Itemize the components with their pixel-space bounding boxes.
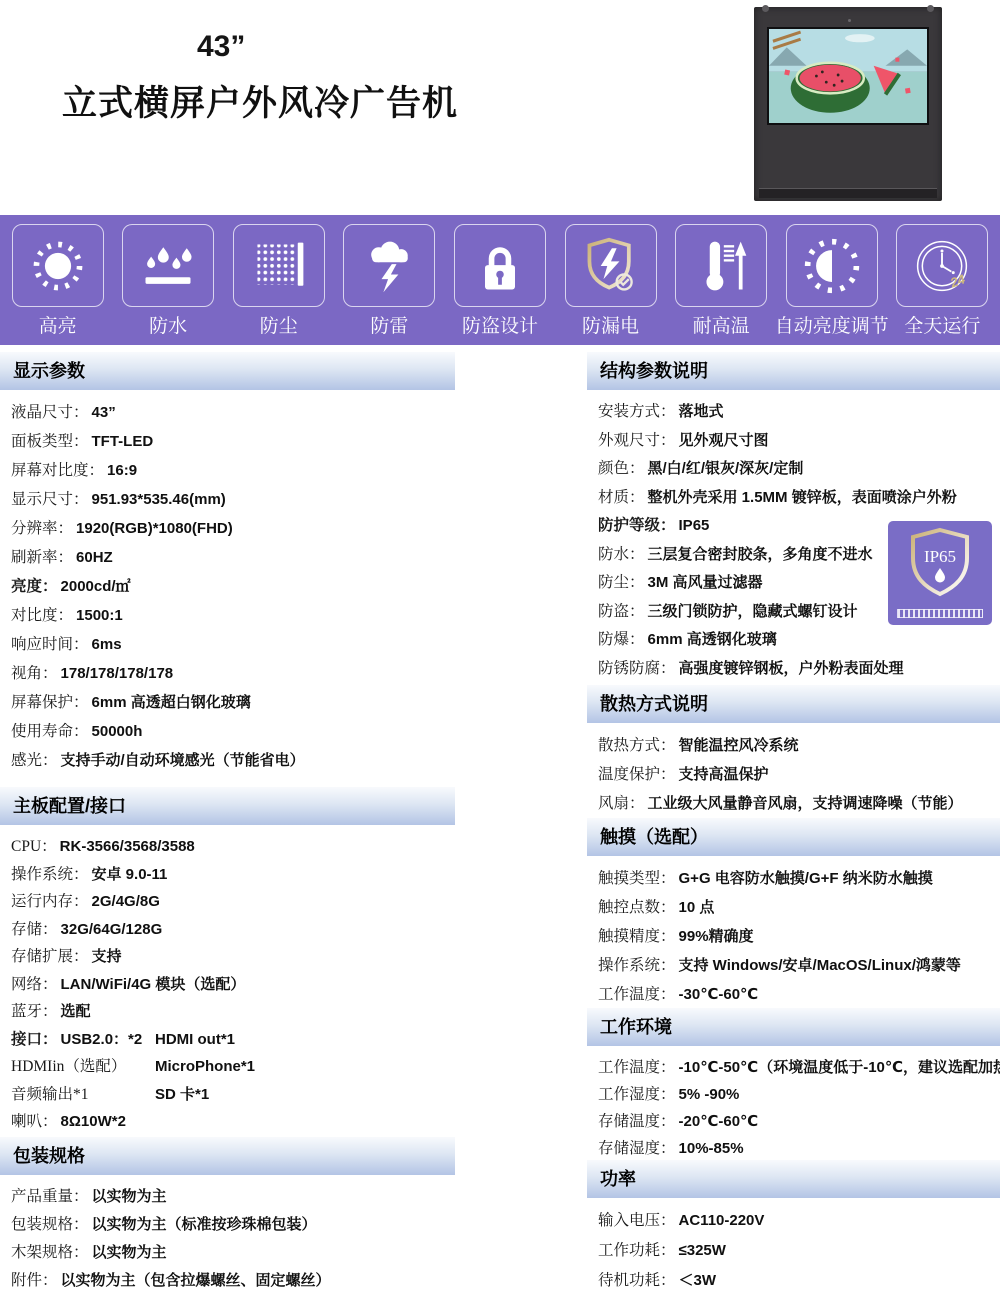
spec-row: 防护等级：IP65 [587,512,1000,541]
spec-label: 防护等级： [598,517,676,534]
spec-row: 刷新率：60HZ [0,543,455,572]
kiosk-base [759,188,937,198]
feature-anti-theft: 防盗设计 [447,224,553,338]
spec-label: 工作功耗： [598,1242,676,1259]
spec-label: 屏幕对比度： [11,462,104,479]
spec-value: G+G 电容防水触摸/G+F 纳米防水触摸 [679,870,933,887]
spec-row: 防爆：6mm 高透钢化玻璃 [587,626,1000,655]
spec-value: 智能温控风冷系统 [679,737,799,754]
section-right-4: 功率输入电压：AC110-220V工作功耗：≤325W待机功耗：＜3W [587,1160,1000,1295]
spec-row: 屏幕保护：6mm 高透超白钢化玻璃 [0,688,455,717]
spec-label: 屏幕保护： [11,694,89,711]
spec-label: 包装规格： [11,1216,89,1233]
spec-value: 工业级大风量静音风扇，支持调速降噪（节能） [648,795,963,812]
spec-label: 感光： [11,752,58,769]
feature-dustproof: 防尘 [226,224,332,338]
feature-label: 防漏电 [582,311,639,338]
spec-value: 6ms [92,636,122,653]
spec-row: 存储扩展：支持 [0,943,455,971]
section-left-1: 主板配置/接口CPU：RK-3566/3568/3588操作系统：安卓 9.0-… [0,787,455,1136]
feature-label: 全天运行 [904,311,980,338]
spec-label: 安装方式： [598,403,676,420]
spec-value: 支持手动/自动环境感光（节能省电） [61,752,305,769]
section-title: 功率 [587,1160,1000,1198]
spec-row: 工作湿度：5% -90% [587,1081,1000,1108]
spec-value: 支持高温保护 [679,766,769,783]
spec-row: 温度保护：支持高温保护 [587,760,1000,789]
feature-label: 防水 [149,311,187,338]
spec-value: 10 点 [679,899,715,916]
spec-row: 网络：LAN/WiFi/4G 模块（选配） [0,971,455,999]
spec-row: 显示尺寸：951.93*535.46(mm) [0,485,455,514]
spec-value: USB2.0：*2 [61,1031,143,1048]
spec-value: 选配 [61,1003,91,1020]
lock-icon [454,224,546,307]
spec-label: 存储： [11,921,58,938]
spec-value: 1500:1 [76,607,123,624]
spec-value: 以实物为主 [92,1188,167,1205]
spec-label: 刷新率： [11,549,73,566]
spec-row: 输入电压：AC110-220V [587,1206,1000,1236]
spec-row: 操作系统：支持 Windows/安卓/MacOS/Linux/鸿蒙等 [587,951,1000,980]
spec-row: 安装方式：落地式 [587,398,1000,427]
spec-label: 工作温度： [598,986,676,1003]
spec-label: 对比度： [11,607,73,624]
product-image [754,7,942,201]
spec-row: 木架规格：以实物为主 [0,1239,455,1267]
spec-row: 触控点数：10 点 [587,893,1000,922]
spec-row: 视角：178/178/178/178 [0,659,455,688]
shield-lightning-icon [565,224,657,307]
spec-value: 整机外壳采用 1.5MM 镀锌板，表面喷涂户外粉 [648,489,957,506]
spec-value: 8Ω10W*2 [61,1113,126,1130]
feature-label: 耐高温 [693,311,750,338]
section-left-2: 包装规格产品重量：以实物为主包装规格：以实物为主（标准按珍珠棉包装）木架规格：以… [0,1137,455,1295]
spec-row: 工作温度：-10℃-50℃（环境温度低于-10℃，建议选配加热器） [587,1054,1000,1081]
spec-label: 产品重量： [11,1188,89,1205]
spec-value: 以实物为主（包含拉爆螺丝、固定螺丝） [61,1272,331,1289]
kiosk-screen-watermelon [767,27,929,125]
spec-value: 见外观尺寸图 [679,432,769,449]
spec-value: 支持 [92,948,122,965]
spec-value: 43” [92,404,116,421]
spec-label: 防水： [598,546,645,563]
spec-label: 材质： [598,489,645,506]
section-right-0: 结构参数说明安装方式：落地式外观尺寸：见外观尺寸图颜色：黑/白/红/银灰/深灰/… [587,352,1000,683]
spec-value: RK-3566/3568/3588 [60,838,195,855]
spec-value: 951.93*535.46(mm) [92,491,226,508]
section-title: 散热方式说明 [587,685,1000,723]
spec-label: 附件： [11,1272,58,1289]
spec-value: -10℃-50℃（环境温度低于-10℃，建议选配加热器） [679,1059,1000,1076]
spec-value: -30℃-60℃ [679,986,759,1003]
feature-lightning-protection: 防雷 [336,224,442,338]
spec-row: 工作温度：-30℃-60℃ [587,980,1000,1009]
spec-value: IP65 [679,517,710,534]
spec-row: 风扇：工业级大风量静音风扇，支持调速降噪（节能） [587,789,1000,818]
spec-label: 木架规格： [11,1244,89,1261]
spec-label: 触控点数： [598,899,676,916]
spec-row: 使用寿命：50000h [0,717,455,746]
spec-row: 触摸类型：G+G 电容防水触摸/G+F 纳米防水触摸 [587,864,1000,893]
spec-label: 分辨率： [11,520,73,537]
size-label: 43” [197,30,245,64]
spec-label: CPU： [11,838,57,855]
spec-value: 以实物为主（标准按珍珠棉包装） [92,1216,317,1233]
clock-24h-icon: 24 [896,224,988,307]
spec-row: 屏幕对比度：16:9 [0,456,455,485]
spec-label: 外观尺寸： [598,432,676,449]
spec-value: LAN/WiFi/4G 模块（选配） [61,976,246,993]
kiosk-sensor [848,19,851,22]
feature-high-temperature: 耐高温 [668,224,774,338]
spec-value: 10%-85% [679,1140,744,1157]
feature-all-day: 24 全天运行 [889,224,995,338]
spec-label: 面板类型： [11,433,89,450]
spec-label: 操作系统： [11,866,89,883]
spec-value: 6mm 高透钢化玻璃 [648,631,777,648]
spec-value: 178/178/178/178 [61,665,174,682]
spec-label: 散热方式： [598,737,676,754]
spec-value: 50000h [92,723,143,740]
spec-label: 响应时间： [11,636,89,653]
spec-value: 黑/白/红/银灰/深灰/定制 [648,460,804,477]
spec-row: 感光：支持手动/自动环境感光（节能省电） [0,746,455,775]
spec-label: 亮度： [11,578,58,595]
spec-label: 视角： [11,665,58,682]
spec-label: 网络： [11,976,58,993]
spec-row: 喇叭：8Ω10W*2 [0,1108,455,1136]
spec-label: 存储扩展： [11,948,89,965]
spec-row: 液晶尺寸：43” [0,398,455,427]
spec-label: 存储温度： [598,1113,676,1130]
spec-value: AC110-220V [679,1212,765,1229]
section-title: 触摸（选配） [587,818,1000,856]
spec-value: 以实物为主 [92,1244,167,1261]
section-right-2: 触摸（选配）触摸类型：G+G 电容防水触摸/G+F 纳米防水触摸触控点数：10 … [587,818,1000,1009]
spec-row: 外观尺寸：见外观尺寸图 [587,427,1000,456]
spec-value: 2G/4G/8G [92,893,160,910]
spec-value-2: MicroPhone*1 [155,1053,255,1081]
spec-row: 防尘：3M 高风量过滤器 [587,569,1000,598]
spec-row: 存储温度：-20℃-60℃ [587,1108,1000,1135]
feature-label: 防盗设计 [462,311,538,338]
spec-label: 显示尺寸： [11,491,89,508]
spec-label: HDMIin（选配） [11,1058,126,1075]
spec-row: 面板类型：TFT-LED [0,427,455,456]
spec-row: 包装规格：以实物为主（标准按珍珠棉包装） [0,1211,455,1239]
spec-value: TFT-LED [92,433,154,450]
feature-banner: 高亮 防水 [0,215,1000,345]
spec-label: 操作系统： [598,957,676,974]
spec-row: 操作系统：安卓 9.0-11 [0,861,455,889]
spec-row: 散热方式：智能温控风冷系统 [587,731,1000,760]
spec-label: 喇叭： [11,1113,58,1130]
spec-row: 待机功耗：＜3W [587,1266,1000,1295]
feature-label: 防雷 [370,311,408,338]
spec-value: 1920(RGB)*1080(FHD) [76,520,233,537]
feature-label: 自动亮度调节 [775,311,889,338]
spec-row: 存储：32G/64G/128G [0,916,455,944]
spec-row: 接口：USB2.0：*2HDMI out*1 [0,1026,455,1054]
kiosk-hook [762,5,769,12]
spec-row: 产品重量：以实物为主 [0,1183,455,1211]
spec-label: 接口： [11,1031,58,1048]
spec-row: CPU：RK-3566/3568/3588 [0,833,455,861]
spec-label: 触摸精度： [598,928,676,945]
thermometer-icon [675,224,767,307]
spec-label: 存储湿度： [598,1140,676,1157]
spec-row: 防锈防腐：高强度镀锌钢板，户外粉表面处理 [587,655,1000,684]
spec-value: 60HZ [76,549,113,566]
section-right-1: 散热方式说明散热方式：智能温控风冷系统温度保护：支持高温保护风扇：工业级大风量静… [587,685,1000,818]
spec-row: 蓝牙：选配 [0,998,455,1026]
spec-value: 安卓 9.0-11 [92,866,168,883]
spec-label: 颜色： [598,460,645,477]
spec-value: 2000cd/㎡ [61,578,131,595]
spec-label: 运行内存： [11,893,89,910]
spec-value-2: HDMI out*1 [155,1026,235,1054]
spec-value: 支持 Windows/安卓/MacOS/Linux/鸿蒙等 [679,957,961,974]
feature-leakage-protection: 防漏电 [558,224,664,338]
spec-label: 触摸类型： [598,870,676,887]
spec-row: HDMIin（选配）MicroPhone*1 [0,1053,455,1081]
spec-value: 三级门锁防护，隐藏式螺钉设计 [648,603,858,620]
spec-label: 防爆： [598,631,645,648]
spec-label: 蓝牙： [11,1003,58,1020]
section-title: 包装规格 [0,1137,455,1175]
spec-row: 存储湿度：10%-85% [587,1135,1000,1162]
water-drops-icon [122,224,214,307]
page-title: 立式横屏户外风冷广告机 [62,76,458,126]
spec-label: 防尘： [598,574,645,591]
spec-label: 风扇： [598,795,645,812]
spec-value: ＜3W [679,1272,717,1289]
section-title: 显示参数 [0,352,455,390]
feature-waterproof: 防水 [115,224,221,338]
spec-value-2: SD 卡*1 [155,1081,209,1109]
spec-value: 三层复合密封胶条，多角度不进水 [648,546,873,563]
spec-value: 3M 高风量过滤器 [648,574,763,591]
feature-auto-brightness: 自动亮度调节 [779,224,885,338]
spec-row: 颜色：黑/白/红/银灰/深灰/定制 [587,455,1000,484]
spec-label: 输入电压： [598,1212,676,1229]
spec-label: 待机功耗： [598,1272,676,1289]
spec-value: 99%精确度 [679,928,754,945]
spec-label: 工作湿度： [598,1086,676,1103]
spec-row: 音频输出*1SD 卡*1 [0,1081,455,1109]
spec-row: 防盗：三级门锁防护，隐藏式螺钉设计 [587,598,1000,627]
spec-row: 防水：三层复合密封胶条，多角度不进水 [587,541,1000,570]
feature-high-brightness: 高亮 [5,224,111,338]
spec-row: 工作功耗：≤325W [587,1236,1000,1266]
section-right-3: 工作环境工作温度：-10℃-50℃（环境温度低于-10℃，建议选配加热器）工作湿… [587,1008,1000,1162]
spec-label: 防盗： [598,603,645,620]
spec-value: 落地式 [679,403,724,420]
section-title: 主板配置/接口 [0,787,455,825]
spec-value: 5% -90% [679,1086,740,1103]
spec-row: 运行内存：2G/4G/8G [0,888,455,916]
spec-value: ≤325W [679,1242,726,1259]
spec-value: 高强度镀锌钢板，户外粉表面处理 [679,660,904,677]
spec-label: 工作温度： [598,1059,676,1076]
section-title: 工作环境 [587,1008,1000,1046]
spec-label: 防锈防腐： [598,660,676,677]
spec-value: 16:9 [107,462,137,479]
spec-row: 对比度：1500:1 [0,601,455,630]
spec-row: 分辨率：1920(RGB)*1080(FHD) [0,514,455,543]
spec-label: 音频输出*1 [11,1086,89,1103]
spec-row: 亮度：2000cd/㎡ [0,572,455,601]
spec-label: 液晶尺寸： [11,404,89,421]
feature-label: 防尘 [260,311,298,338]
kiosk-hook [927,5,934,12]
spec-value: 32G/64G/128G [61,921,163,938]
spec-label: 温度保护： [598,766,676,783]
spec-label: 使用寿命： [11,723,89,740]
section-left-0: 显示参数液晶尺寸：43”面板类型：TFT-LED屏幕对比度：16:9显示尺寸：9… [0,352,455,775]
auto-brightness-icon [786,224,878,307]
feature-label: 高亮 [39,311,77,338]
spec-row: 触摸精度：99%精确度 [587,922,1000,951]
dust-filter-icon [233,224,325,307]
spec-row: 附件：以实物为主（包含拉爆螺丝、固定螺丝） [0,1267,455,1295]
spec-value: 6mm 高透超白钢化玻璃 [92,694,251,711]
spec-row: 材质：整机外壳采用 1.5MM 镀锌板，表面喷涂户外粉 [587,484,1000,513]
spec-sheet-page: 43” 立式横屏户外风冷广告机 [0,0,1000,1295]
section-title: 结构参数说明 [587,352,1000,390]
storm-cloud-icon [343,224,435,307]
spec-row: 响应时间：6ms [0,630,455,659]
spec-value: -20℃-60℃ [679,1113,759,1130]
sun-icon [12,224,104,307]
